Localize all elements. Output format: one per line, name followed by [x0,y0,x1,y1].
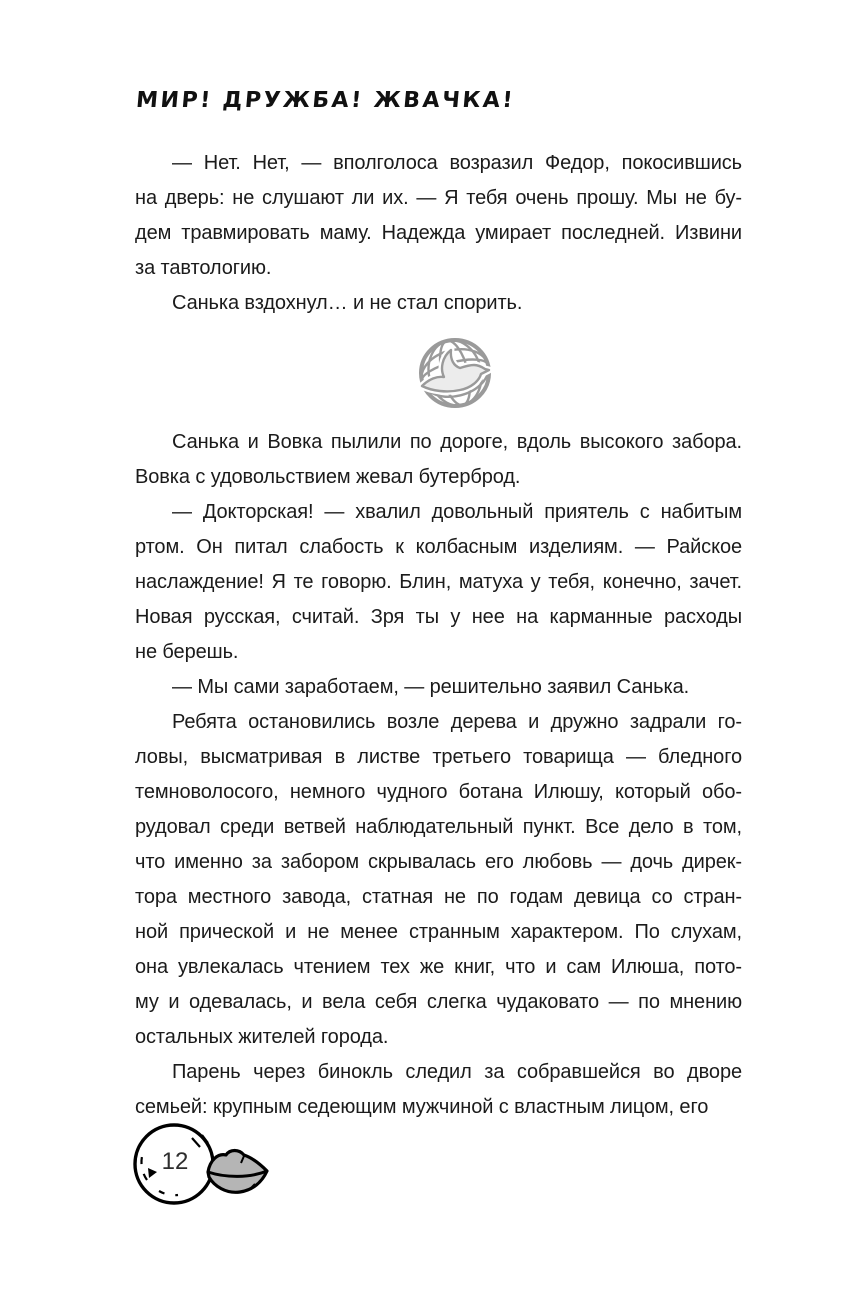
text-line: ловы, высматривая в листве третьего това… [135,740,742,775]
text-line: — Докторская! — хвалил довольный приятел… [135,495,742,530]
text-line: Парень через бинокль следил за собравшей… [135,1055,742,1090]
text-line: Вовка с удовольствием жевал бутерброд. [135,460,742,495]
text-column: — Нет. Нет, — вполголоса возразил Федор,… [135,146,742,1125]
text-line: — Нет. Нет, — вполголоса возразил Федор,… [135,146,742,181]
text-line: Санька вздохнул… и не стал спорить. [135,286,742,321]
paragraph: — Мы сами заработаем, — решительно заяви… [135,670,742,705]
paragraph: Ребята остановились возле дерева и дружн… [135,705,742,1055]
text-line: она увлекалась чтением тех же книг, что … [135,950,742,985]
text-line: наслаждение! Я те говорю. Блин, матуха у… [135,565,742,600]
text-line: что именно за забором скрывалась его люб… [135,845,742,880]
text-section-2: Санька и Вовка пылили по дороге, вдоль в… [135,425,742,1125]
text-line: рудовал среди ветвей наблюдательный пунк… [135,810,742,845]
text-line: му и одевалась, и вела себя слегка чудак… [135,985,742,1020]
text-line: Ребята остановились возле дерева и дружн… [135,705,742,740]
paragraph: Санька и Вовка пылили по дороге, вдоль в… [135,425,742,495]
text-line: остальных жителей города. [135,1020,742,1055]
text-line: ртом. Он питал слабость к колбасным изде… [135,530,742,565]
running-header: МИР! ДРУЖБА! ЖВАЧКА! [135,88,516,113]
text-line: тора местного завода, статная не по года… [135,880,742,915]
globe-with-dove-icon [411,334,499,412]
bubble-gum-lips-icon [126,1116,296,1216]
paragraph: — Нет. Нет, — вполголоса возразил Федор,… [135,146,742,286]
text-line: на дверь: не слушают ли их. — Я тебя оче… [135,181,742,216]
paragraph: — Докторская! — хвалил довольный приятел… [135,495,742,670]
text-line: темноволосого, немного чудного ботана Ил… [135,775,742,810]
book-page: МИР! ДРУЖБА! ЖВАЧКА! — Нет. Нет, — вполг… [0,0,844,1311]
paragraph: Санька вздохнул… и не стал спорить. [135,286,742,321]
section-break [135,321,742,425]
text-section-1: — Нет. Нет, — вполголоса возразил Федор,… [135,146,742,321]
text-line: — Мы сами заработаем, — решительно заяви… [135,670,742,705]
paragraph: Парень через бинокль следил за собравшей… [135,1055,742,1125]
text-line: дем травмировать маму. Надежда умирает п… [135,216,742,251]
text-line: Санька и Вовка пылили по дороге, вдоль в… [135,425,742,460]
page-footer: 12 [126,1116,296,1216]
text-line: за тавтологию. [135,251,742,286]
text-line: Новая русская, считай. Зря ты у нее на к… [135,600,742,635]
text-line: не берешь. [135,635,742,670]
text-line: ной прической и не менее странным характ… [135,915,742,950]
page-number: 12 [157,1148,193,1176]
